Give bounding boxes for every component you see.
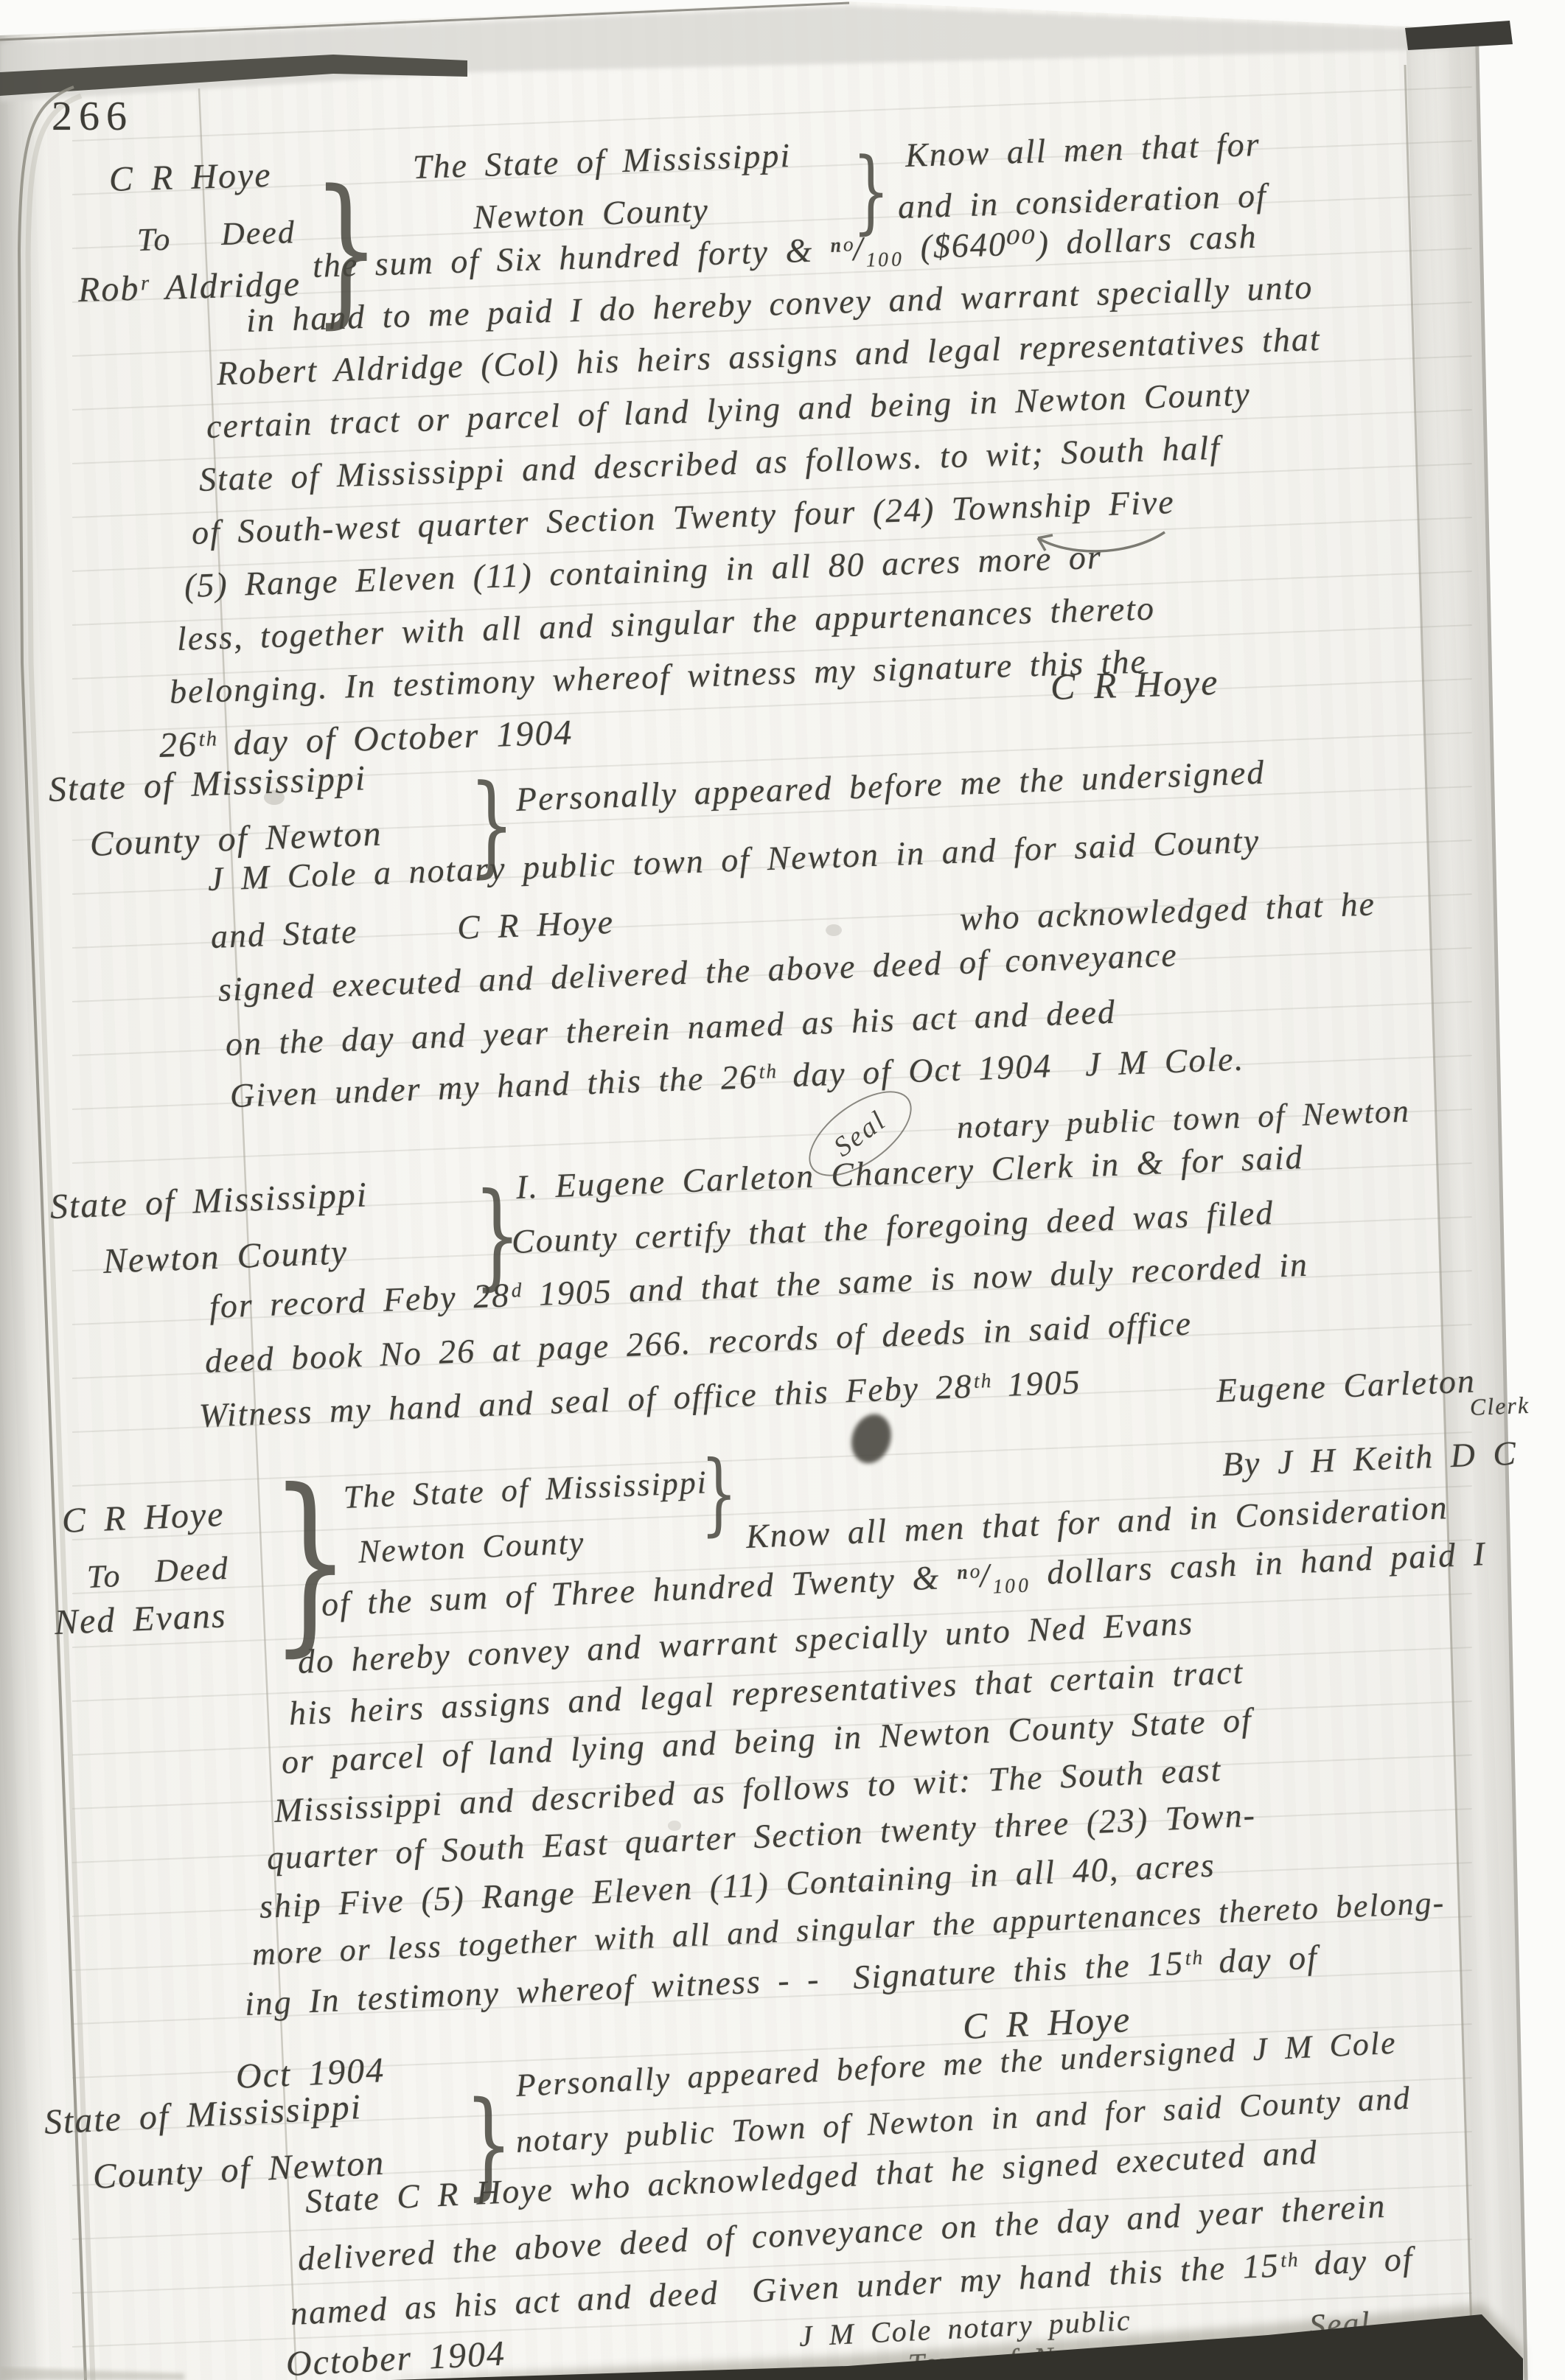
ack2-line-10: Seal [1308, 2306, 1372, 2344]
cert1-line-9: By J H Keith D C [1221, 1435, 1518, 1484]
ack1-line-4: and State C R Hoye [210, 904, 615, 956]
cert1-line-1: Newton County [102, 1233, 349, 1282]
ack2-line-7: October 1904 [285, 2334, 507, 2380]
deed1-margin-line-1: To [136, 222, 172, 259]
deed1-body-line-9: C R Hoye [1050, 662, 1219, 708]
ack2-line-0: State of Mississippi [43, 2088, 363, 2143]
scanned-deed-page: C R HoyeToDeedRobʳ AldridgeThe State of … [0, 0, 1565, 2380]
deed1-caption-line-1: Newton County [473, 192, 709, 237]
deed2-caption-line-0: The State of Mississippi [343, 1465, 708, 1515]
handwritten-brace-0: } [313, 170, 380, 331]
handwritten-brace-4: } [270, 1465, 351, 1659]
cert1-line-7: Eugene Carleton [1216, 1363, 1477, 1410]
page-number: 266 [52, 93, 133, 140]
handwritten-brace-2: } [469, 771, 515, 881]
handwritten-brace-6: } [464, 2087, 513, 2204]
deed2-margin-line-1: To [86, 1558, 122, 1595]
handwritten-brace-1: } [852, 146, 890, 237]
cert1-line-8: Clerk [1469, 1392, 1530, 1420]
deed1-margin-line-2: Deed [220, 214, 296, 252]
handwritten-brace-3: } [473, 1178, 521, 1293]
handwritten-brace-5: } [700, 1451, 737, 1540]
deed1-caption-line-2: Know all men that for [905, 126, 1261, 175]
ack1-line-5: who acknowledged that he [959, 885, 1376, 938]
deed1-caption-line-0: The State of Mississippi [412, 137, 792, 186]
deed2-margin-line-2: Deed [154, 1551, 230, 1590]
ack1-line-2: Personally appeared before me the unders… [515, 754, 1266, 819]
deed2-margin-line-3: Ned Evans [54, 1596, 228, 1643]
cert1-line-0: State of Mississippi [49, 1176, 369, 1226]
deed1-body-line-10: 26ᵗʰ day of October 1904 [158, 713, 574, 765]
handwriting-layer: C R HoyeToDeedRobʳ AldridgeThe State of … [0, 0, 1565, 2380]
deed2-margin-line-0: C R Hoye [61, 1496, 226, 1541]
deed1-margin-line-0: C R Hoye [108, 156, 272, 200]
ack1-line-0: State of Mississippi [48, 759, 367, 810]
deed2-caption-line-1: Newton County [358, 1525, 585, 1570]
ack1-line-9: notary public town of Newton [956, 1093, 1410, 1145]
